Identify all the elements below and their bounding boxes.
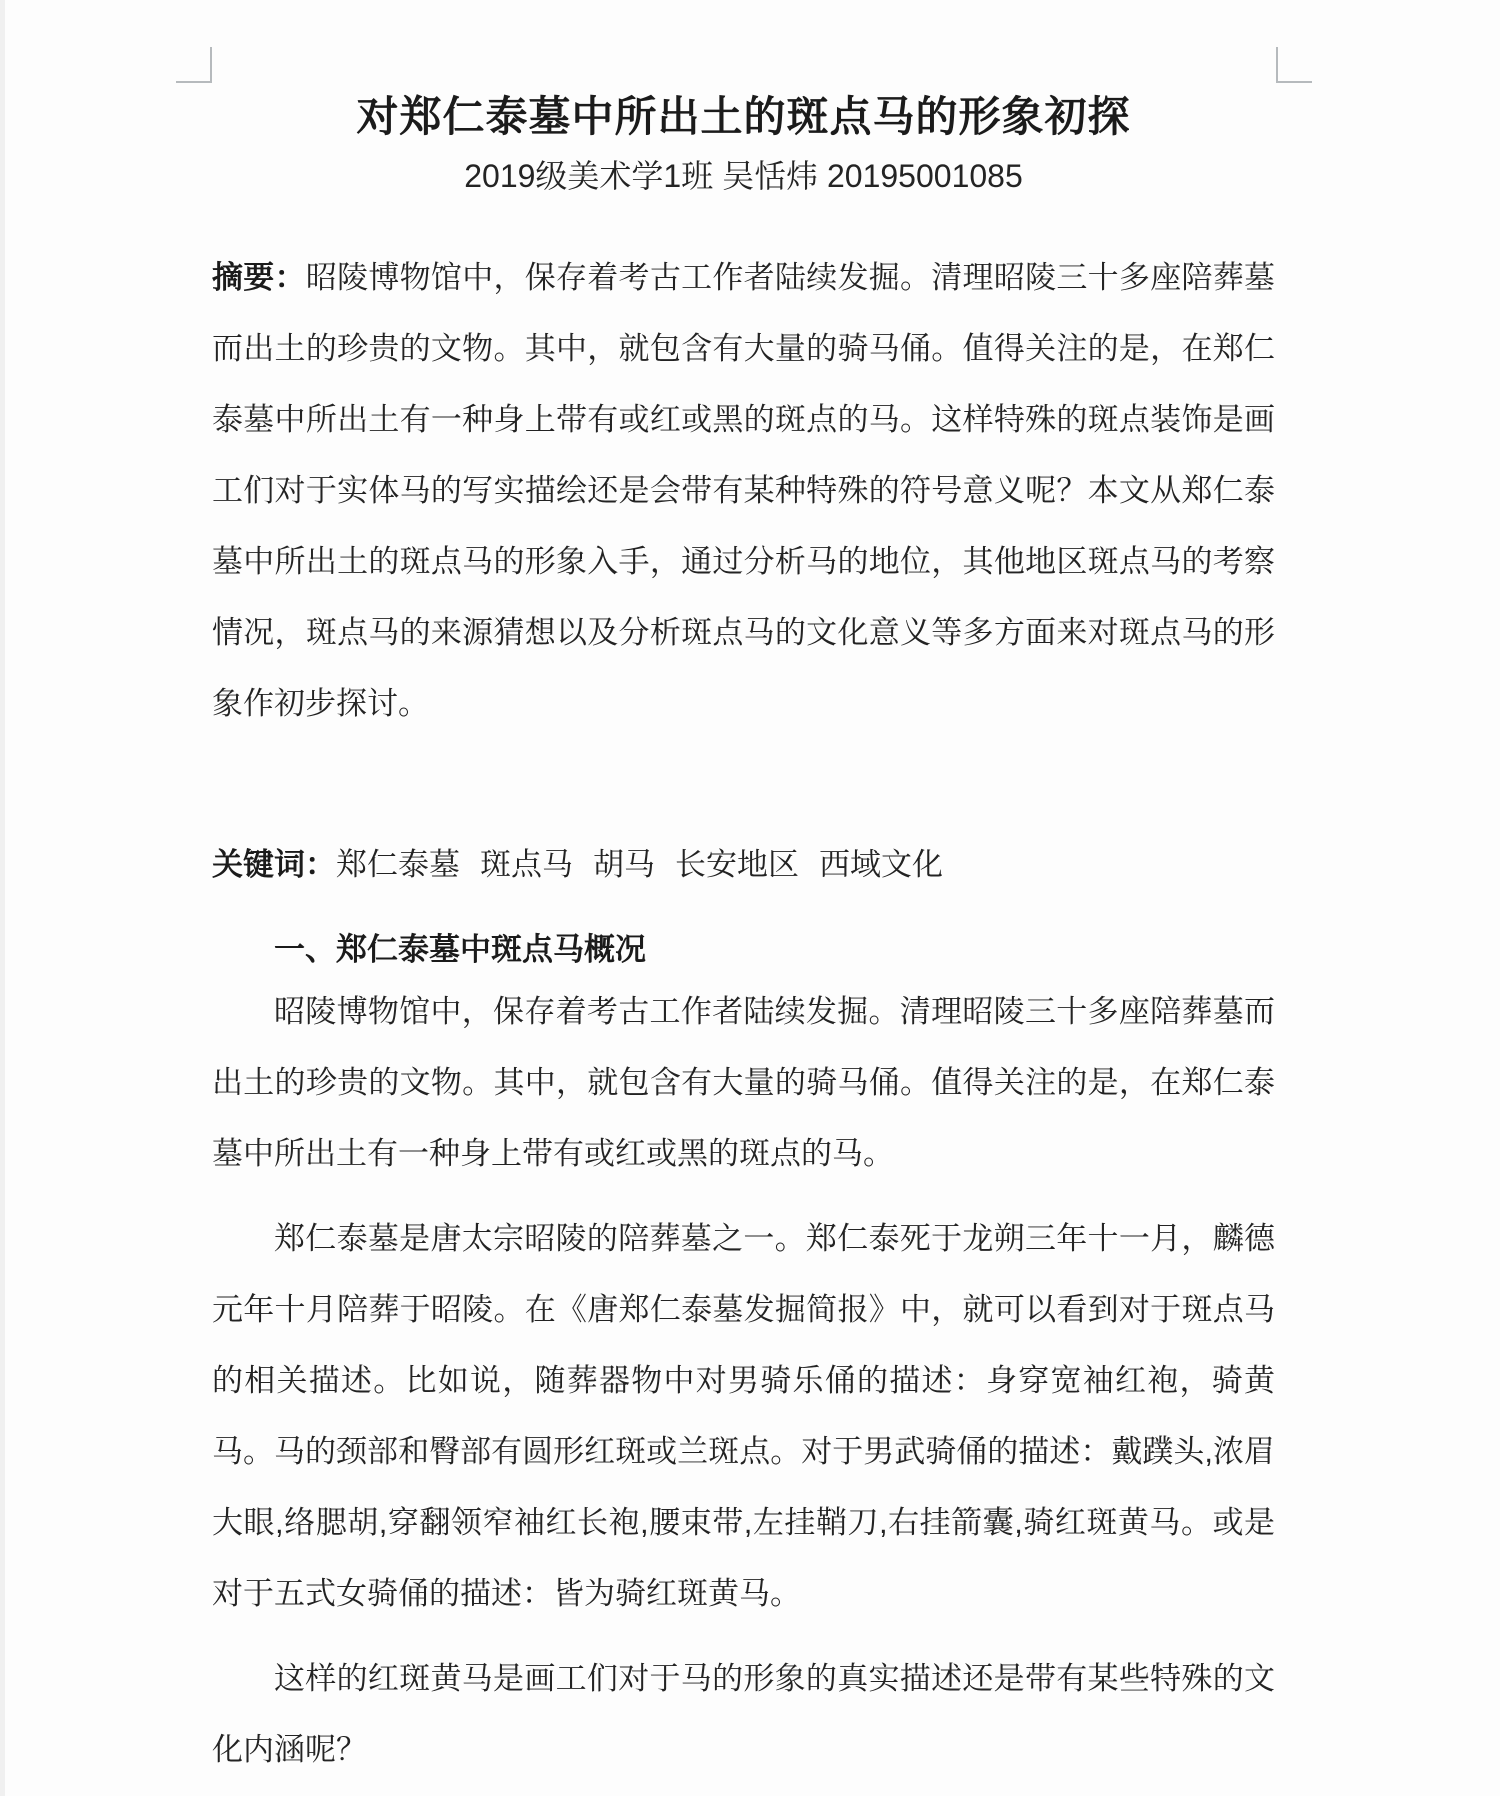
keywords-line: 关键词：郑仁泰墓斑点马胡马长安地区西域文化 <box>212 829 1275 900</box>
keywords-label: 关键词： <box>212 847 336 882</box>
section-heading: 一、郑仁泰墓中斑点马概况 <box>212 924 1275 976</box>
keyword-item: 长安地区 <box>675 847 799 882</box>
author-byline: 2019级美术学1班 吴恬炜 20195001085 <box>212 156 1275 196</box>
page-edge-shade <box>0 0 5 1796</box>
keyword-item: 胡马 <box>593 847 655 882</box>
keyword-item: 西域文化 <box>819 847 943 882</box>
text-boundary-mark-top-right <box>1276 47 1312 83</box>
body-paragraph: 昭陵博物馆中，保存着考古工作者陆续发掘。清理昭陵三十多座陪葬墓而出土的珍贵的文物… <box>212 976 1275 1189</box>
text-boundary-mark-top-left <box>176 47 212 83</box>
abstract-label: 摘要： <box>212 260 306 295</box>
keyword-item: 斑点马 <box>480 847 573 882</box>
keyword-item: 郑仁泰墓 <box>336 847 460 882</box>
keywords-list: 郑仁泰墓斑点马胡马长安地区西域文化 <box>336 847 943 882</box>
abstract-paragraph: 摘要：昭陵博物馆中，保存着考古工作者陆续发掘。清理昭陵三十多座陪葬墓而出土的珍贵… <box>212 242 1275 739</box>
abstract-text: 昭陵博物馆中，保存着考古工作者陆续发掘。清理昭陵三十多座陪葬墓而出土的珍贵的文物… <box>212 260 1275 721</box>
document-title: 对郑仁泰墓中所出土的斑点马的形象初探 <box>212 94 1275 140</box>
section-body: 昭陵博物馆中，保存着考古工作者陆续发掘。清理昭陵三十多座陪葬墓而出土的珍贵的文物… <box>212 976 1275 1785</box>
body-paragraph: 这样的红斑黄马是画工们对于马的形象的真实描述还是带有某些特殊的文化内涵呢？ <box>212 1643 1275 1785</box>
text-block: 对郑仁泰墓中所出土的斑点马的形象初探 2019级美术学1班 吴恬炜 201950… <box>212 0 1275 1785</box>
body-paragraph: 郑仁泰墓是唐太宗昭陵的陪葬墓之一。郑仁泰死于龙朔三年十一月，麟德元年十月陪葬于昭… <box>212 1203 1275 1629</box>
document-page: 对郑仁泰墓中所出土的斑点马的形象初探 2019级美术学1班 吴恬炜 201950… <box>0 0 1500 1796</box>
